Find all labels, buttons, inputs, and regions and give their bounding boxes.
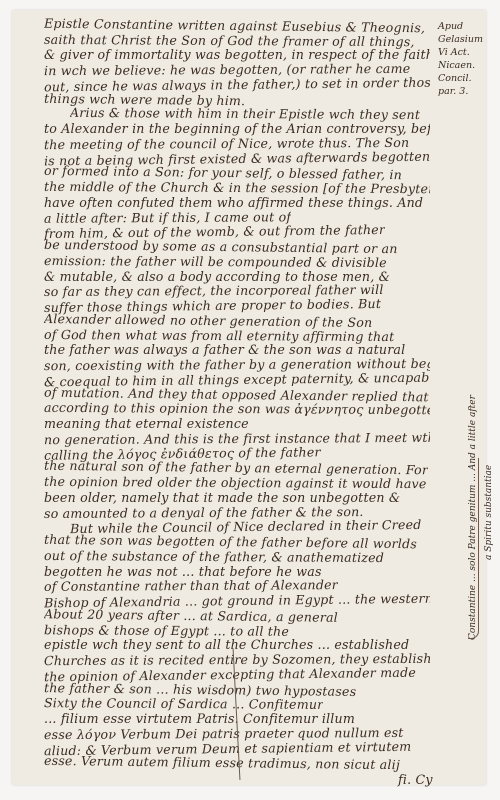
manuscript-line: Arius & those with him in their Epistle …: [70, 105, 420, 122]
manuscript-line: the opinion bred older the objection aga…: [44, 474, 427, 491]
catchword: fi. Cy: [398, 772, 433, 787]
manuscript-line: to Alexander in the beginning of the Ari…: [44, 121, 430, 136]
manuscript-line: have often confuted them who affirmed th…: [44, 195, 423, 210]
manuscript-line: begotten he was not ... that before he w…: [44, 564, 322, 579]
manuscript-line: the middle of the Church & in the sessio…: [44, 179, 430, 196]
manuscript-line: emission: the father will be compounded …: [44, 253, 387, 270]
margin-note-vertical-2: a Spiritu substantiae: [484, 465, 494, 560]
manuscript-line: bishops & those of Egypt ... to all the: [44, 622, 289, 638]
manuscript-line: saith that Christ the Son of God the fra…: [44, 32, 415, 49]
manuscript-line: ... filium esse virtutem Patris. Confite…: [44, 711, 355, 726]
manuscript-line: according to this opinion the son was ἀγ…: [44, 400, 430, 417]
manuscript-line: Sixty the Council of Sardica ... Confite…: [44, 695, 323, 712]
margin-bracket: [468, 458, 479, 639]
manuscript-line: meaning that eternal existence: [44, 416, 249, 431]
manuscript-line: been older, namely that it made the son …: [44, 490, 400, 505]
margin-note-top: Apud Gelasium Vi Act. Nicaen. Concil. pa…: [438, 20, 490, 98]
manuscript-line: out of the substance of the father, & an…: [44, 548, 384, 565]
manuscript-line: of God then what was from all eternity a…: [44, 327, 394, 344]
manuscript-line: the father was always a father & the son…: [44, 342, 405, 357]
manuscript-line: epistle wch they sent to all the Churche…: [44, 637, 409, 652]
